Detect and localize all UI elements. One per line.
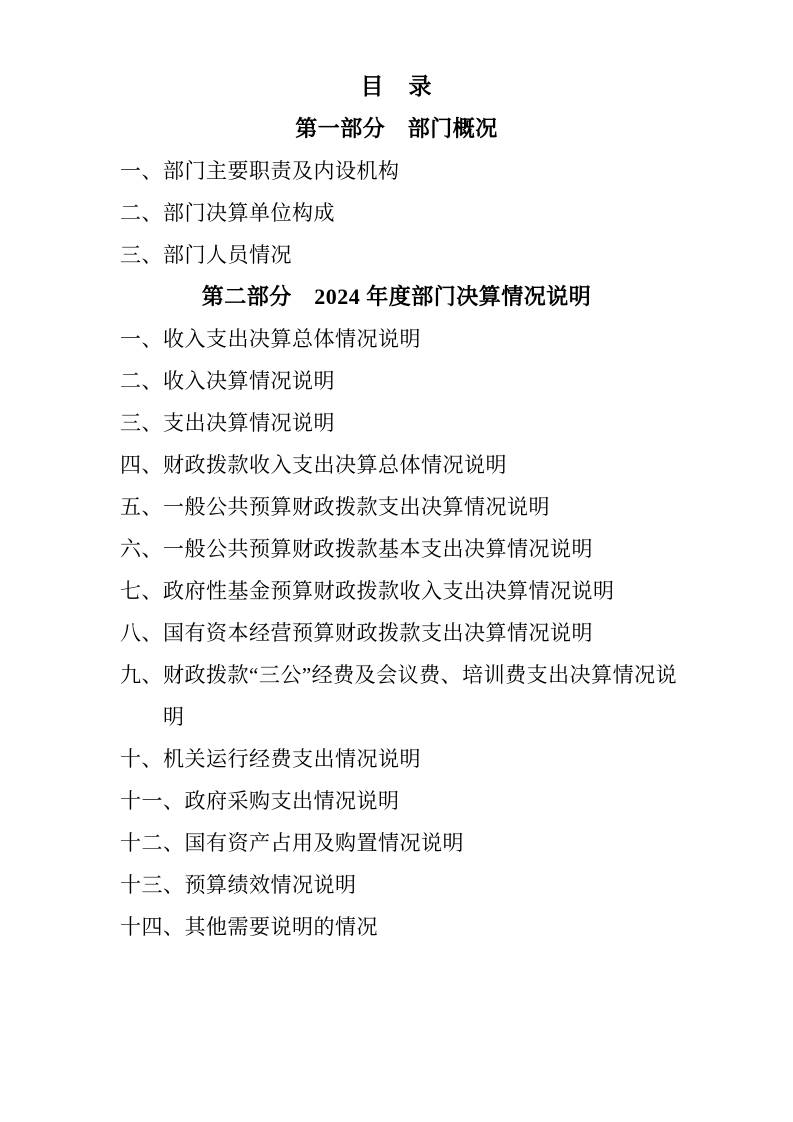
- toc-content: 目 录 第一部分 部门概况 一、部门主要职责及内设机构 二、部门决算单位构成 三…: [0, 0, 793, 948]
- toc-title: 目 录: [0, 66, 793, 108]
- toc-item-s2-1: 一、收入支出决算总体情况说明: [120, 318, 680, 360]
- toc-item-s2-2: 二、收入决算情况说明: [120, 360, 680, 402]
- toc-item-s2-11: 十一、政府采购支出情况说明: [120, 780, 680, 822]
- toc-item-s2-5: 五、一般公共预算财政拨款支出决算情况说明: [120, 486, 680, 528]
- toc-item-s2-13: 十三、预算绩效情况说明: [120, 864, 680, 906]
- toc-item-s2-4: 四、财政拨款收入支出决算总体情况说明: [120, 444, 680, 486]
- toc-item-s2-10: 十、机关运行经费支出情况说明: [120, 738, 680, 780]
- toc-item-s2-3: 三、支出决算情况说明: [120, 402, 680, 444]
- toc-item-s1-3: 三、部门人员情况: [120, 234, 680, 276]
- toc-item-s1-2: 二、部门决算单位构成: [120, 192, 680, 234]
- toc-item-s2-14: 十四、其他需要说明的情况: [120, 906, 680, 948]
- toc-item-s2-9: 九、财政拨款“三公”经费及会议费、培训费支出决算情况说明: [120, 654, 680, 738]
- toc-item-s2-7: 七、政府性基金预算财政拨款收入支出决算情况说明: [120, 570, 680, 612]
- toc-item-s2-8: 八、国有资本经营预算财政拨款支出决算情况说明: [120, 612, 680, 654]
- toc-item-s2-12: 十二、国有资产占用及购置情况说明: [120, 822, 680, 864]
- document-page: 目 录 第一部分 部门概况 一、部门主要职责及内设机构 二、部门决算单位构成 三…: [0, 0, 793, 1122]
- toc-item-s2-6: 六、一般公共预算财政拨款基本支出决算情况说明: [120, 528, 680, 570]
- section-1-heading: 第一部分 部门概况: [0, 108, 793, 150]
- toc-item-s1-1: 一、部门主要职责及内设机构: [120, 150, 680, 192]
- section-2-heading: 第二部分 2024 年度部门决算情况说明: [0, 276, 793, 318]
